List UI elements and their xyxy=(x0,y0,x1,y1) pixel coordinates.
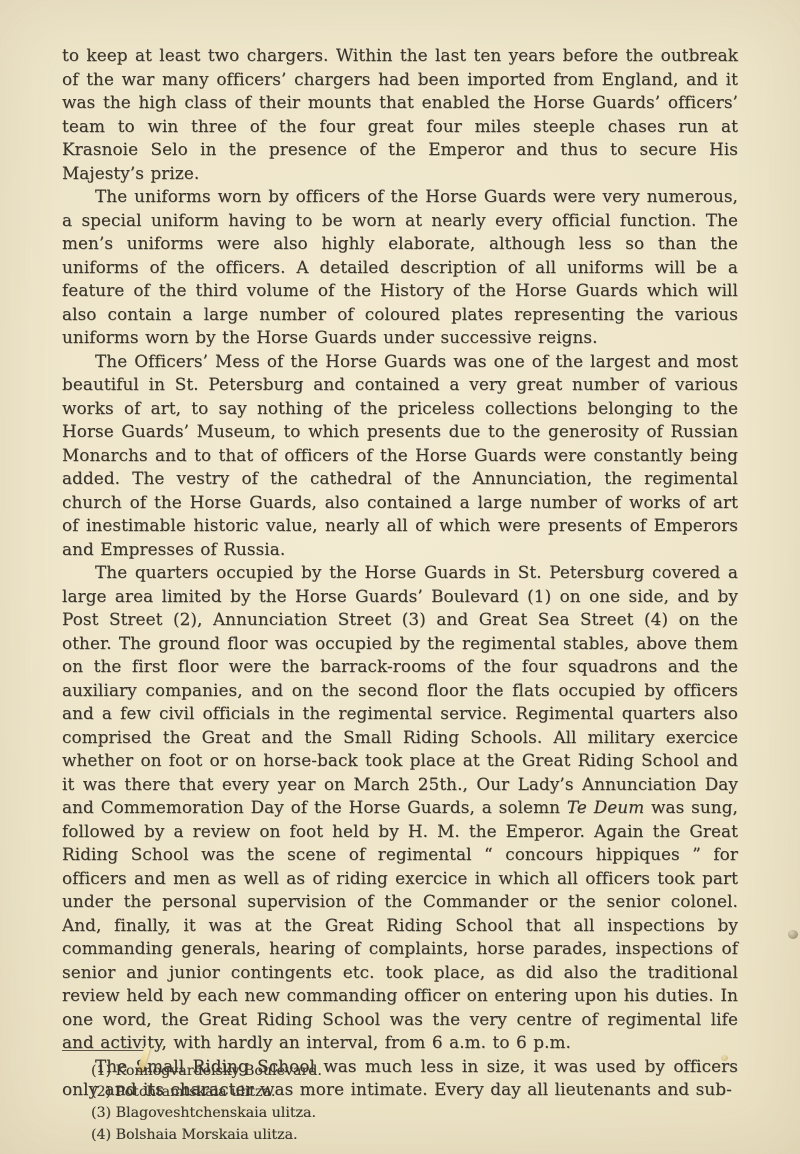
text-segment: to keep at least two chargers. Within th… xyxy=(62,45,738,183)
footnote-separator xyxy=(62,1050,149,1051)
text-segment: The uniforms worn by officers of the Hor… xyxy=(62,186,738,347)
footnote-2: (2) Potchtamtskaia ulitza. xyxy=(91,1082,691,1103)
text-segment: The quarters occupied by the Horse Guard… xyxy=(62,562,738,817)
text-segment: The Officers’ Mess of the Horse Guards w… xyxy=(62,351,738,559)
footnotes: (1) Konnogvardeisky Boulevard. (2) Potch… xyxy=(91,1061,691,1146)
paper-speck-bottom xyxy=(721,1055,728,1061)
footnote-4: (4) Bolshaia Morskaia ulitza. xyxy=(91,1125,691,1146)
paragraph: The Officers’ Mess of the Horse Guards w… xyxy=(62,350,738,562)
paragraph: The uniforms worn by officers of the Hor… xyxy=(62,185,738,350)
paragraph: to keep at least two chargers. Within th… xyxy=(62,44,738,185)
paper-speck-right-edge xyxy=(788,930,798,939)
footnote-1: (1) Konnogvardeisky Boulevard. xyxy=(91,1061,691,1082)
text-segment: was sung, followed by a review on foot h… xyxy=(62,797,738,1052)
footnote-3: (3) Blagoveshtchenskaia ulitza. xyxy=(91,1103,691,1124)
italic-phrase: Te Deum xyxy=(567,797,644,817)
scanned-book-page: to keep at least two chargers. Within th… xyxy=(0,0,800,1154)
paragraph: The quarters occupied by the Horse Guard… xyxy=(62,561,738,1055)
body-text: to keep at least two chargers. Within th… xyxy=(62,44,738,1102)
